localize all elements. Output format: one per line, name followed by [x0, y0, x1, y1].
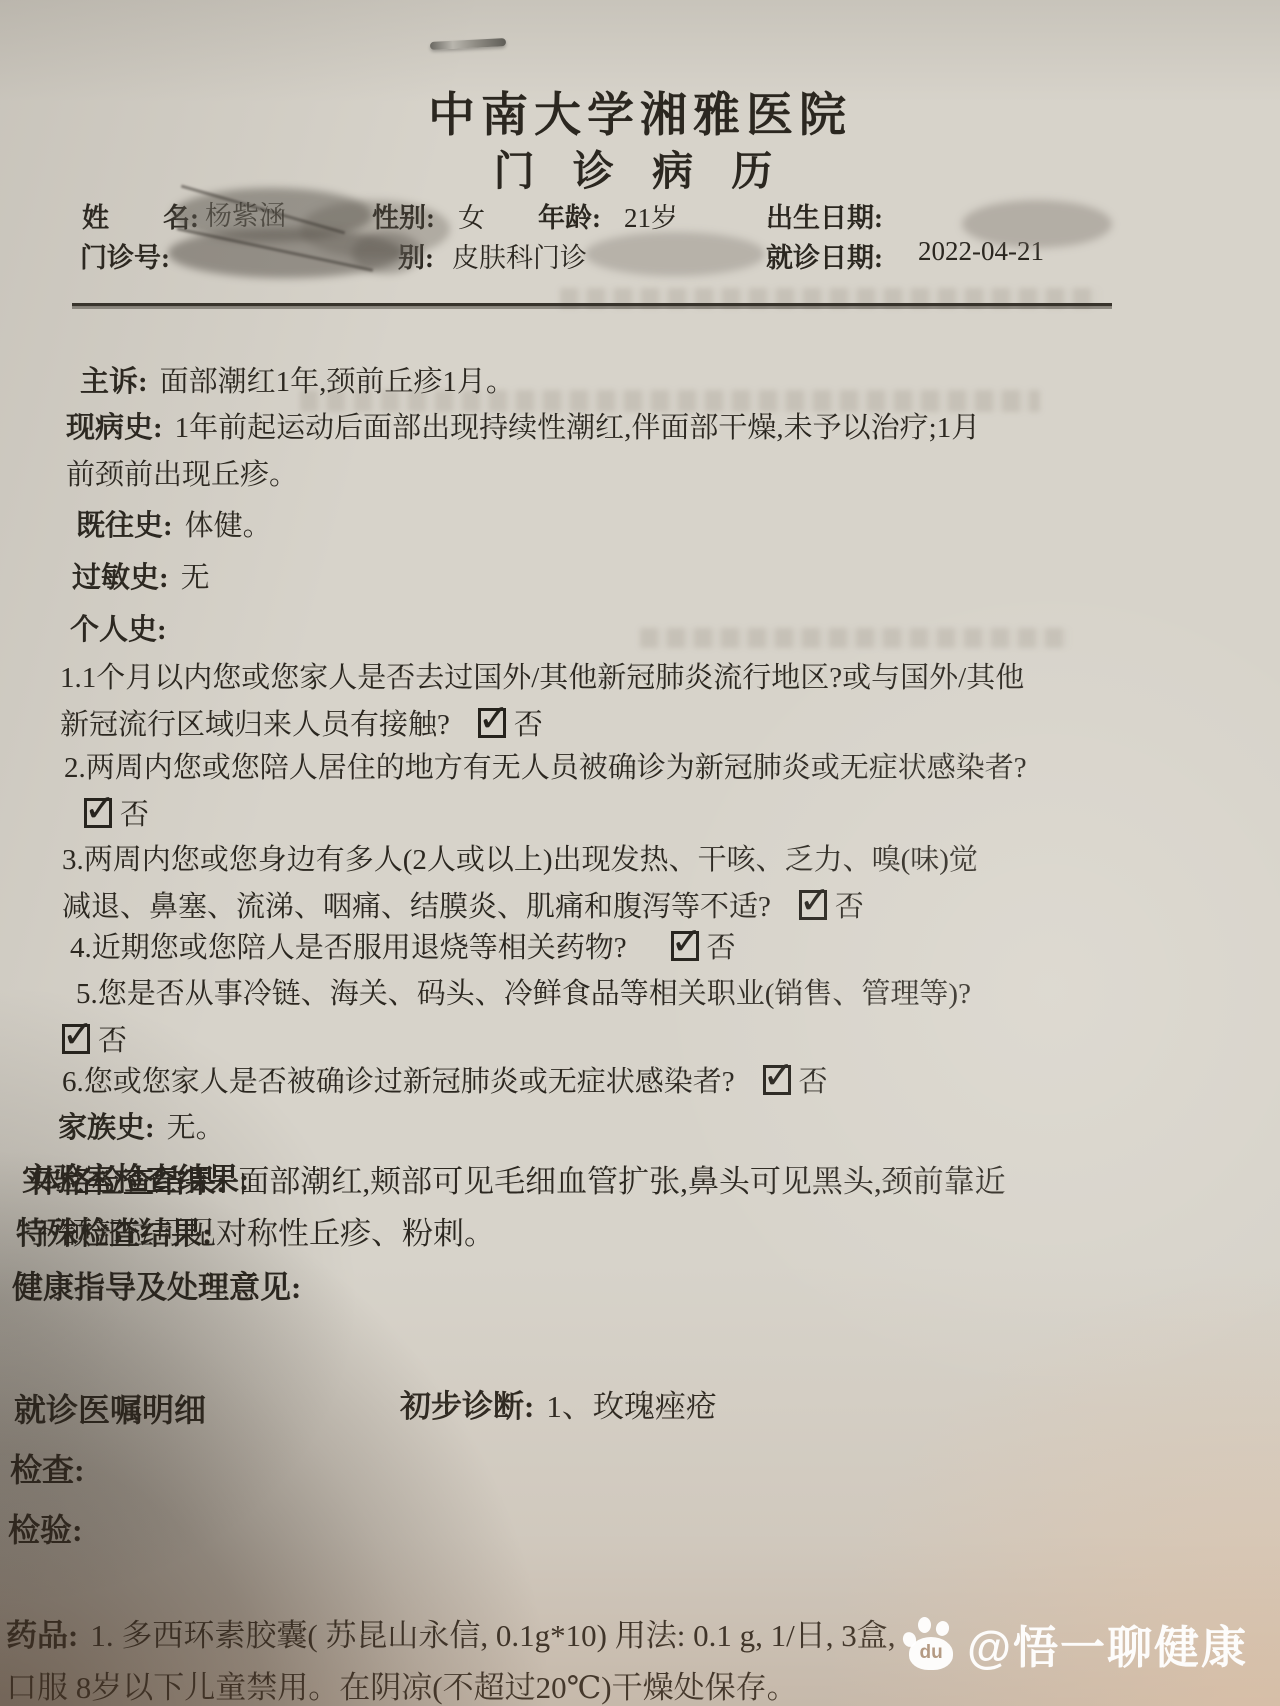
question-answer: 否 [799, 1066, 828, 1098]
gender-label: 性别: [372, 196, 435, 235]
checked-checkbox-icon: ✓ [799, 890, 827, 920]
clinic-no-label: 门诊号: [80, 236, 170, 275]
watermark: du @悟一聊健康 [903, 1611, 1248, 1676]
lab-results-label: 实验室检查结果: [22, 1156, 249, 1203]
department-value: 皮肤科门诊 [452, 236, 587, 275]
age-label: 年龄: [538, 196, 601, 235]
department-label: 别: [398, 236, 434, 275]
name-label: 姓 名: [82, 196, 199, 235]
order-lab-label: 检验: [8, 1504, 83, 1556]
medical-record-photo: 中南大学湘雅医院 门 诊 病 历 姓 名: 杨紫涵 性别: 女 年龄: 21岁 … [0, 0, 1280, 1706]
baidu-paw-du-text: du [909, 1637, 953, 1670]
question-answer: 否 [835, 891, 864, 923]
question-text: 5.您是否从事冷链、海关、码头、冷鲜食品等相关职业(销售、管理等)? [76, 978, 971, 1010]
diagnosis-text: 1、玫瑰痤疮 [546, 1389, 717, 1424]
preliminary-diagnosis: 初步诊断:1、玫瑰痤疮 [400, 1336, 717, 1430]
checked-checkbox-icon: ✓ [763, 1065, 791, 1095]
visit-date-value: 2022-04-21 [918, 236, 1044, 267]
check-icon: ✓ [763, 1056, 795, 1094]
staple [430, 38, 506, 50]
check-icon: ✓ [799, 881, 831, 919]
drug-label: 药品: [6, 1618, 78, 1653]
orders-title: 就诊医嘱明细 [14, 1384, 206, 1436]
hospital-title: 中南大学湘雅医院 [0, 78, 1280, 145]
baidu-paw-icon: du [903, 1616, 959, 1672]
gender-value: 女 [458, 196, 485, 235]
name-value: 杨紫涵 [205, 194, 286, 233]
drug-text: 1. 多西环素胶囊( 苏昆山永信, 0.1g*10) 用法: 0.1 g, 1/… [6, 1618, 895, 1705]
order-exam-label: 检查: [10, 1444, 85, 1496]
pencil-stroke-2 [177, 227, 373, 272]
birth-date-label: 出生日期: [766, 196, 883, 235]
pencil-scribble-row2 [585, 232, 765, 276]
present-illness-label: 现病史: [66, 412, 163, 444]
health-guidance-label: 健康指导及处理意见: [12, 1264, 301, 1311]
special-exam-label: 特殊检查结果: [16, 1210, 212, 1257]
age-value: 21岁 [624, 196, 678, 235]
pencil-scribble-clinic-no [168, 228, 403, 278]
question-text: 2.两周内您或您陪人居住的地方有无人员被确诊为新冠肺炎或无症状感染者? [64, 752, 1027, 784]
header-divider [72, 303, 1112, 309]
watermark-handle: @悟一聊健康 [967, 1611, 1248, 1676]
diagnosis-label: 初步诊断: [400, 1389, 534, 1424]
allergy-history-text: 无 [181, 562, 210, 594]
document-type-title: 门 诊 病 历 [0, 138, 1280, 197]
visit-date-label: 就诊日期: [766, 236, 883, 275]
